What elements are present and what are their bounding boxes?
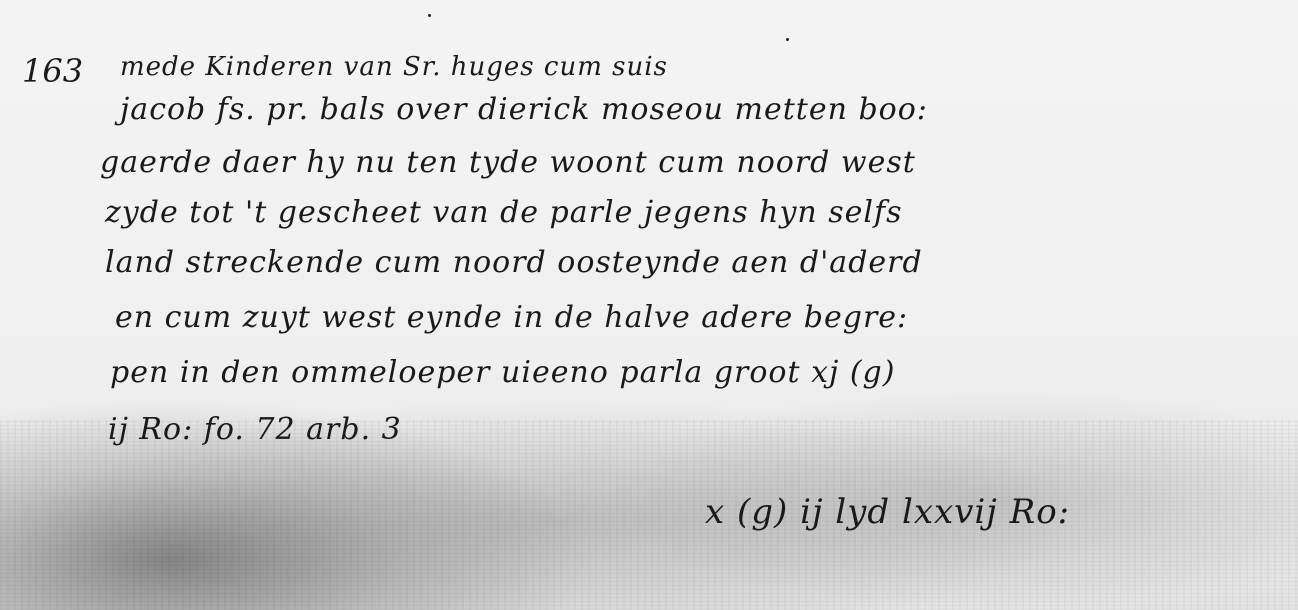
scanned-document-page: 163 mede Kinderen van Sr. huges cum suis… bbox=[0, 0, 1298, 610]
page-smudge-texture bbox=[0, 420, 1298, 610]
entry-number: 163 bbox=[22, 52, 83, 90]
text-line-5: land streckende cum noord oosteynde aen … bbox=[105, 245, 923, 280]
text-line-1: mede Kinderen van Sr. huges cum suis bbox=[120, 52, 668, 82]
text-line-2: jacob fs. pr. bals over dierick moseou m… bbox=[120, 92, 928, 127]
text-line-4: zyde tot 't gescheet van de parle jegens… bbox=[105, 195, 903, 230]
text-line-9-valuation: x (g) ij lyd lxxvij Ro: bbox=[705, 492, 1070, 532]
text-line-7: pen in den ommeloeper uieeno parla groot… bbox=[110, 355, 895, 390]
text-line-6: en cum zuyt west eynde in de halve adere… bbox=[115, 300, 908, 335]
text-line-8-folio-reference: ij Ro: fo. 72 arb. 3 bbox=[108, 412, 402, 447]
ink-speck bbox=[786, 38, 789, 41]
text-line-3: gaerde daer hy nu ten tyde woont cum noo… bbox=[100, 145, 916, 180]
ink-speck bbox=[428, 14, 431, 17]
